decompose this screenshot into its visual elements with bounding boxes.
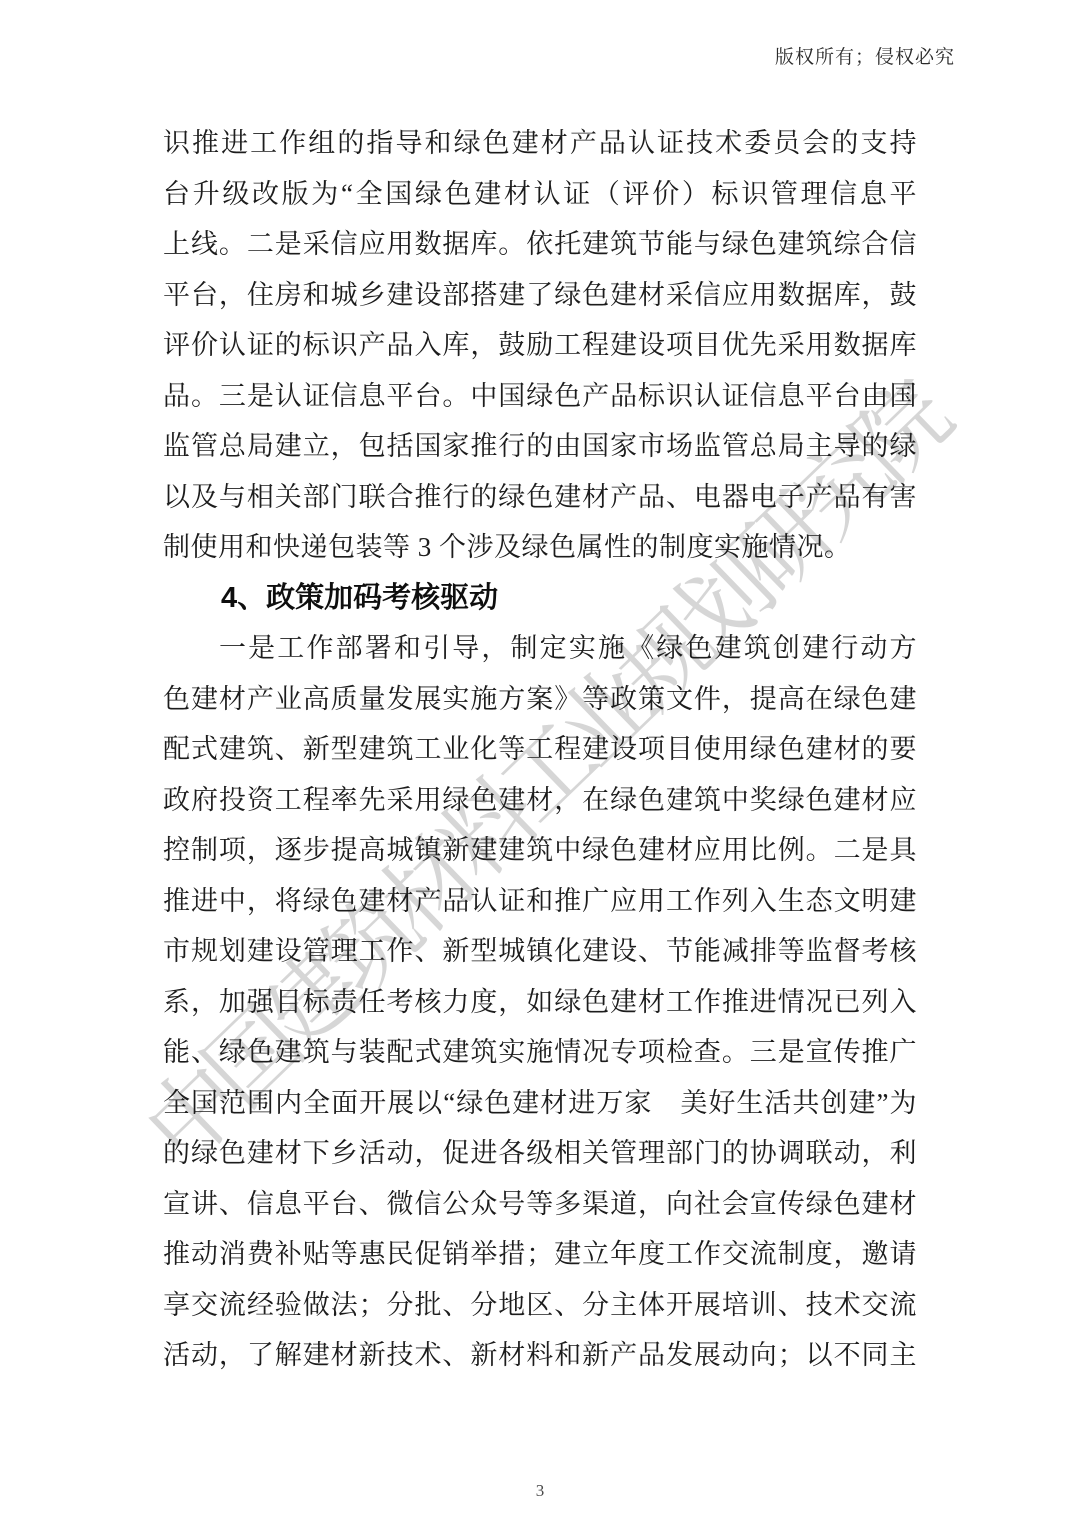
paragraph2-line: 市规划建设管理工作、新型城镇化建设、节能减排等监督考核指标体 <box>163 926 917 977</box>
page-number: 3 <box>0 1481 1080 1501</box>
paragraph2-line: 活动，了解建材新技术、新材料和新产品发展动向；以不同主题定期 <box>163 1330 917 1381</box>
paragraph1-line: 制使用和快递包装等 3 个涉及绿色属性的制度实施情况。 <box>163 522 917 573</box>
paragraph2-line: 配式建筑、新型建筑工业化等工程建设项目使用绿色建材的要求，在 <box>163 724 917 775</box>
paragraph1-line: 识推进工作组的指导和绿色建材产品认证技术委员会的支持下，原平 <box>163 118 917 169</box>
paragraph1-line: 品。三是认证信息平台。中国绿色产品标识认证信息平台由国家市场 <box>163 371 917 422</box>
paragraph2-line: 系，加强目标责任考核力度，如绿色建材工作推进情况已列入建筑节 <box>163 977 917 1028</box>
paragraph2-line: 色建材产业高质量发展实施方案》等政策文件，提高在绿色建筑、装 <box>163 674 917 725</box>
paragraph1-line: 上线。二是采信应用数据库。依托建筑节能与绿色建筑综合信息管理 <box>163 219 917 270</box>
paragraph1-line: 平台，住房和城乡建设部搭建了绿色建材采信应用数据库，鼓励通过 <box>163 270 917 321</box>
paragraph1-line: 评价认证的标识产品入库，鼓励工程建设项目优先采用数据库中的产 <box>163 320 917 371</box>
copyright-notice: 版权所有；侵权必究 <box>775 42 955 69</box>
paragraph1-line: 台升级改版为“全国绿色建材认证（评价）标识管理信息平台”并正式 <box>163 169 917 220</box>
paragraph1-line: 监管总局建立，包括国家推行的由国家市场监管总局主导的绿色产品， <box>163 421 917 472</box>
paragraph2-line: 推动消费补贴等惠民促销举措；建立年度工作交流制度，邀请各地分 <box>163 1229 917 1280</box>
paragraph2-line: 推进中，将绿色建材产品认证和推广应用工作列入生态文明建设、城 <box>163 876 917 927</box>
paragraph2-line: 能、绿色建筑与装配式建筑实施情况专项检查。三是宣传推广中，在 <box>163 1027 917 1078</box>
paragraph2-line: 政府投资工程率先采用绿色建材，在绿色建筑中奖绿色建材应用纳入 <box>163 775 917 826</box>
paragraph2-line: 宣讲、信息平台、微信公众号等多渠道，向社会宣传绿色建材知识， <box>163 1179 917 1230</box>
document-body: 识推进工作组的指导和绿色建材产品认证技术委员会的支持下，原平 台升级改版为“全国… <box>163 118 917 1381</box>
section-heading: 4、政策加码考核驱动 <box>163 573 917 624</box>
paragraph2-line: 一是工作部署和引导，制定实施《绿色建筑创建行动方案》《绿 <box>163 623 917 674</box>
document-page: 版权所有；侵权必究 中国建筑材料工业规划研究院 识推进工作组的指导和绿色建材产品… <box>0 0 1080 1527</box>
paragraph2-line: 享交流经验做法；分批、分地区、分主体开展培训、技术交流或展览 <box>163 1280 917 1331</box>
paragraph1-line: 以及与相关部门联合推行的绿色建材产品、电器电子产品有害物质限 <box>163 472 917 523</box>
paragraph2-line: 控制项，逐步提高城镇新建建筑中绿色建材应用比例。二是具体工作 <box>163 825 917 876</box>
paragraph2-line: 的绿色建材下乡活动，促进各级相关管理部门的协调联动，利用会议、 <box>163 1128 917 1179</box>
paragraph2-line: 全国范围内全面开展以“绿色建材进万家 美好生活共创建”为主题 <box>163 1078 917 1129</box>
